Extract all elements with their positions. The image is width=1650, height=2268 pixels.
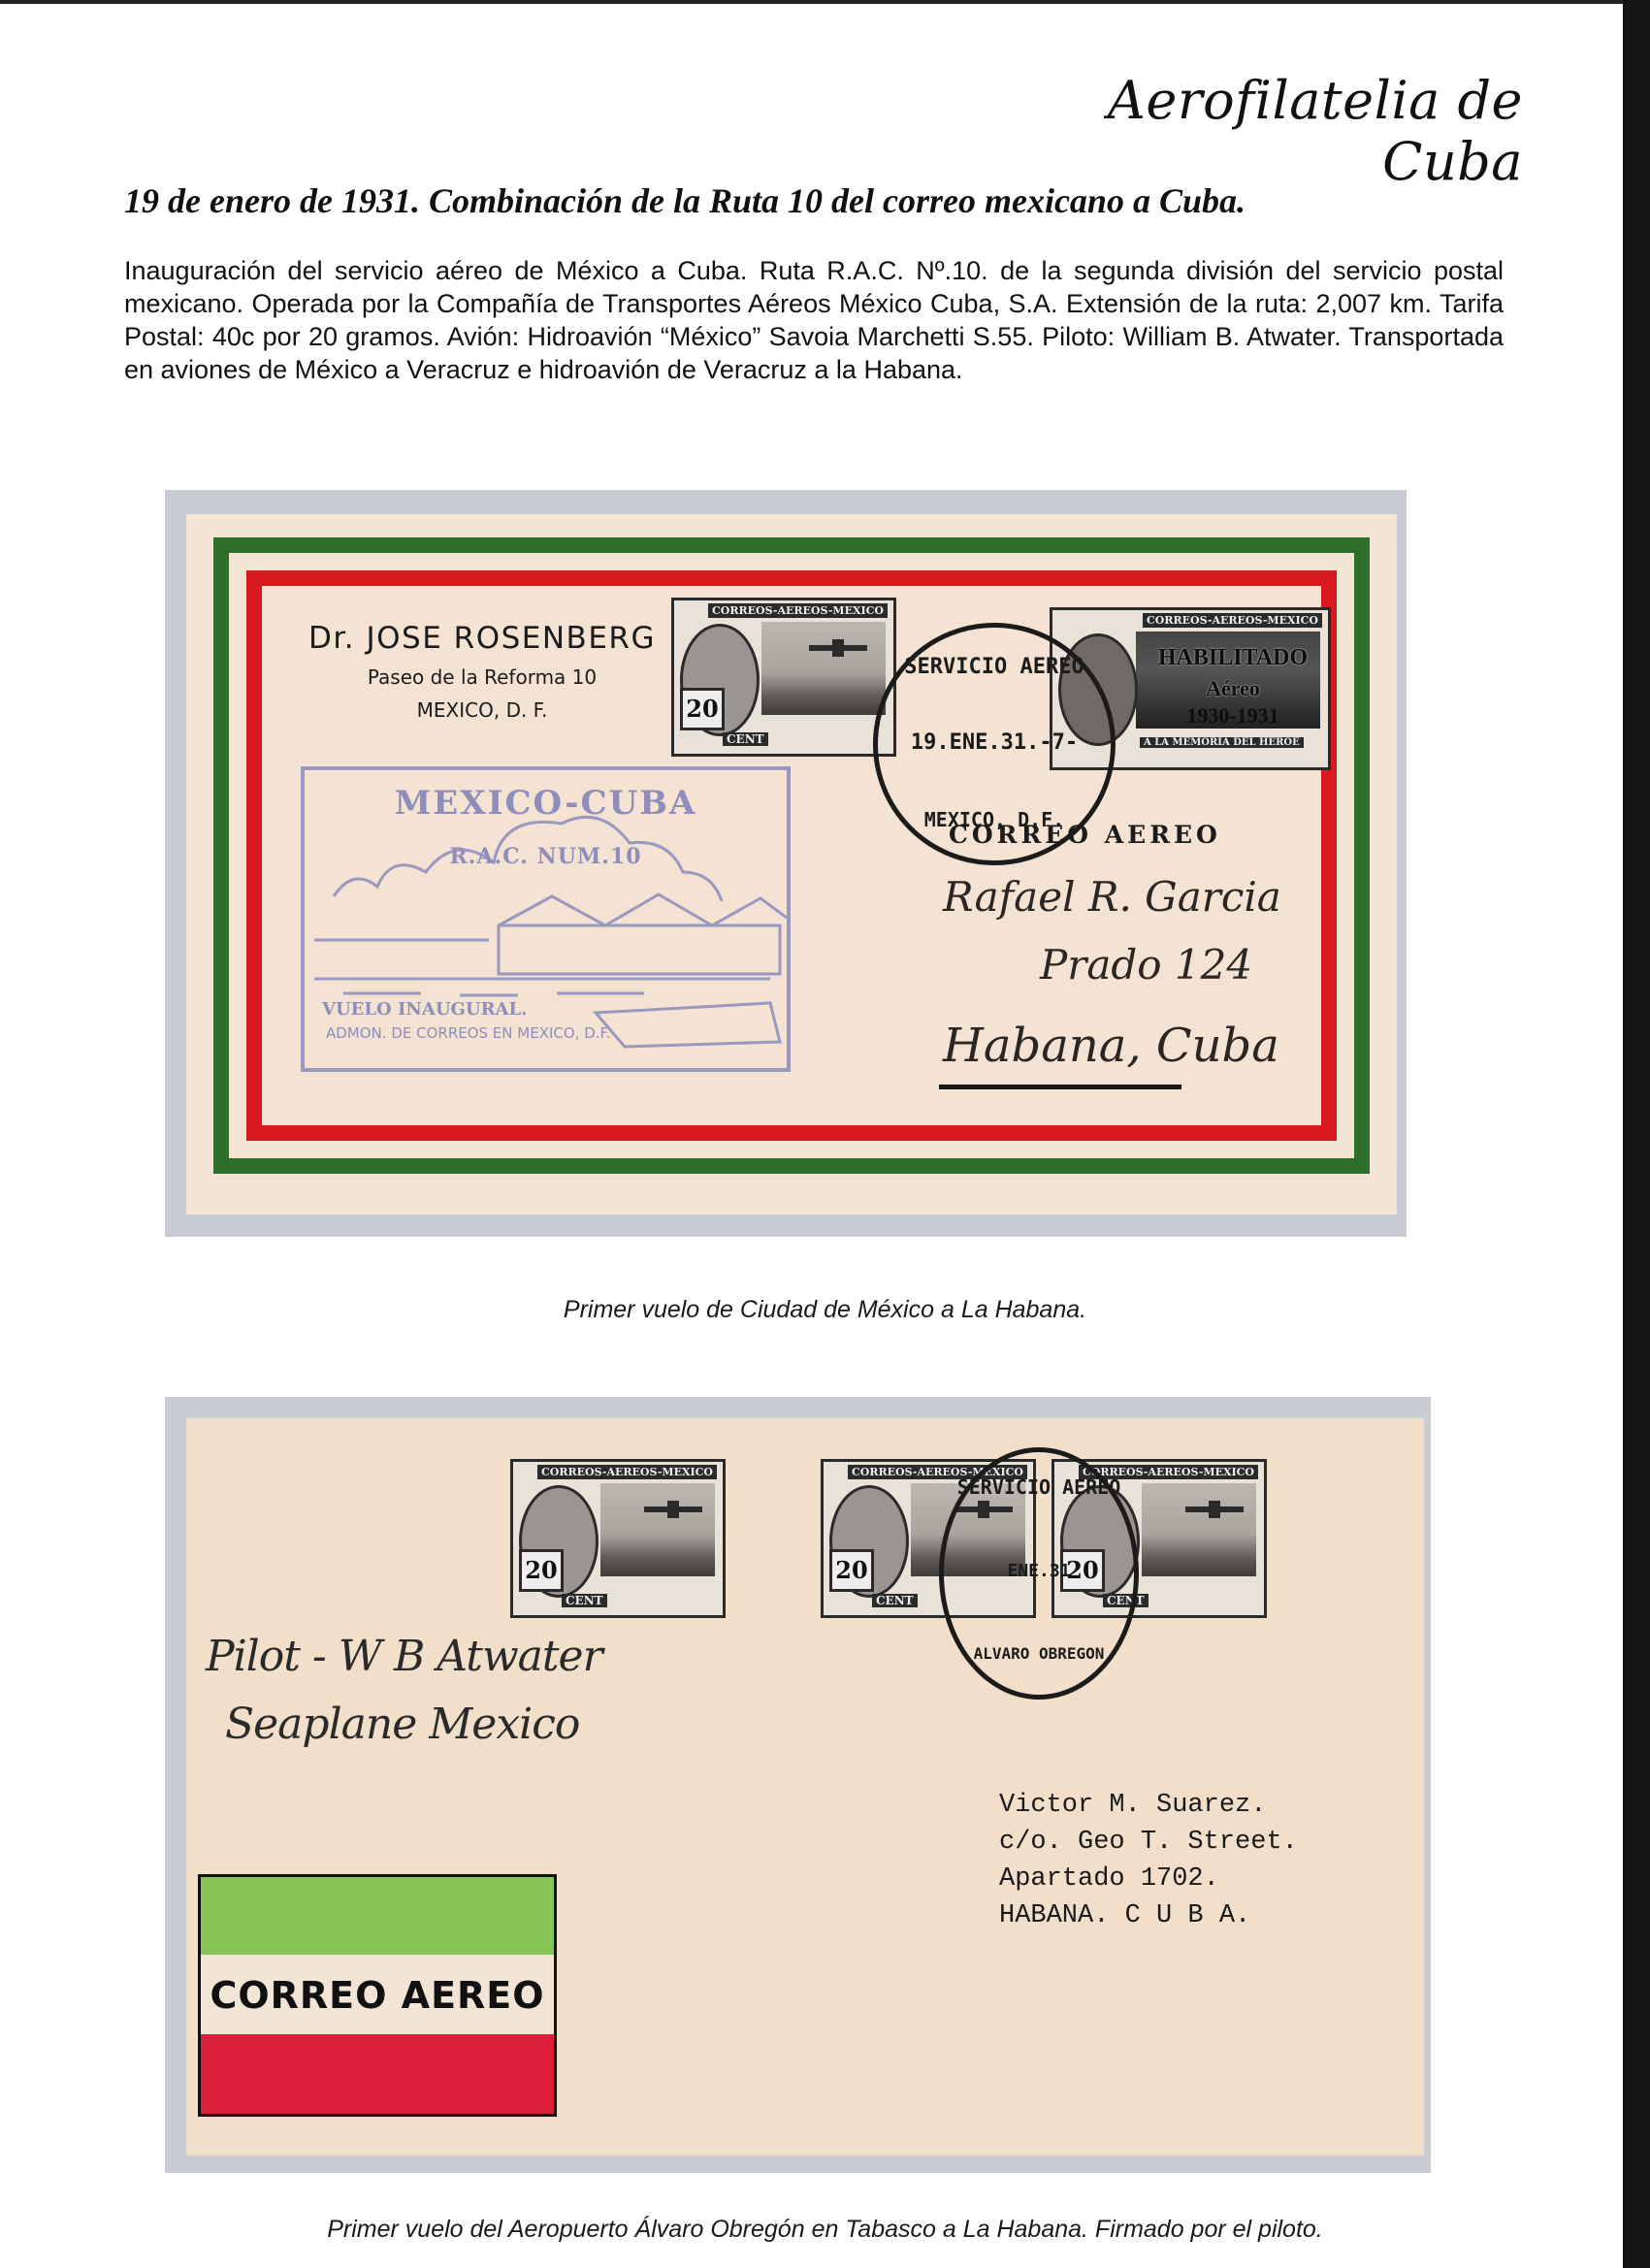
scan-right-edge: [1623, 0, 1650, 2268]
pilot-signature-line-2: Seaplane Mexico: [225, 1700, 579, 1749]
stamp-footer: A LA MEMORIA DEL HEROE: [1140, 737, 1304, 748]
airplane-icon: [644, 1507, 702, 1512]
scan-top-edge: [0, 0, 1650, 4]
cover-1-caption: Primer vuelo de Ciudad de México a La Ha…: [0, 1296, 1650, 1324]
cachet-title: MEXICO-CUBA: [305, 784, 787, 823]
label-text: CORREO AEREO: [201, 1974, 554, 2017]
cover-2-envelope: CORREOS-AEREOS-MEXICO 20 CENT CORREOS-AE…: [186, 1418, 1424, 2155]
postmark-alvaro-obregon: SERVICIO AEREO ENE.31 ALVARO OBREGON: [939, 1447, 1139, 1700]
cachet-route: R.A.C. NUM.10: [305, 844, 787, 869]
address-underline: [939, 1085, 1181, 1089]
printed-correo-aereo: CORREO AEREO: [949, 821, 1221, 849]
airmail-stamp-20c: CORREOS-AEREOS-MEXICO 20 CENT: [671, 598, 896, 757]
intro-paragraph: Inauguración del servicio aéreo de Méxic…: [124, 254, 1504, 386]
label-red-band: [201, 2034, 554, 2114]
airplane-icon: [1185, 1507, 1244, 1512]
sender-city: MEXICO, D. F.: [278, 698, 686, 722]
cachet-line-1: VUELO INAUGURAL.: [322, 999, 527, 1020]
cachet-line-2: ADMON. DE CORREOS EN MEXICO, D.F.: [326, 1024, 611, 1042]
typed-address: Victor M. Suarez.c/o. Geo T. Street.Apar…: [999, 1787, 1298, 1934]
sender-street: Paseo de la Reforma 10: [278, 665, 686, 689]
overprint-line-3: 1930-1931: [1146, 703, 1320, 729]
overprint-line-1: HABILITADO: [1146, 645, 1320, 671]
label-green-band: [201, 1877, 554, 1955]
airplane-icon: [809, 645, 867, 651]
cover-2-caption: Primer vuelo del Aeropuerto Álvaro Obreg…: [0, 2216, 1650, 2244]
album-title: Aerofilatelia de Cuba: [1019, 70, 1523, 192]
sender-name: Dr. JOSE ROSENBERG: [278, 621, 686, 656]
correo-aereo-flag-label: CORREO AEREO: [198, 1874, 557, 2117]
inaugural-flight-cachet: MEXICO-CUBA R.A.C. NUM.10 VUELO INAUGURA…: [301, 766, 791, 1072]
page-heading: 19 de enero de 1931. Combinación de la R…: [124, 180, 1540, 221]
pilot-signature-line-1: Pilot - W B Atwater: [206, 1632, 602, 1681]
cover-1-envelope: Dr. JOSE ROSENBERG Paseo de la Reforma 1…: [186, 514, 1397, 1215]
address-line-3: Habana, Cuba: [943, 1019, 1279, 1073]
overprint-line-2: Aéreo: [1146, 676, 1320, 701]
sender-block: Dr. JOSE ROSENBERG Paseo de la Reforma 1…: [278, 621, 686, 722]
address-line-2: Prado 124: [1040, 941, 1252, 988]
address-line-1: Rafael R. Garcia: [943, 873, 1281, 921]
airmail-stamp-20c-1: CORREOS-AEREOS-MEXICO 20 CENT: [510, 1459, 726, 1618]
